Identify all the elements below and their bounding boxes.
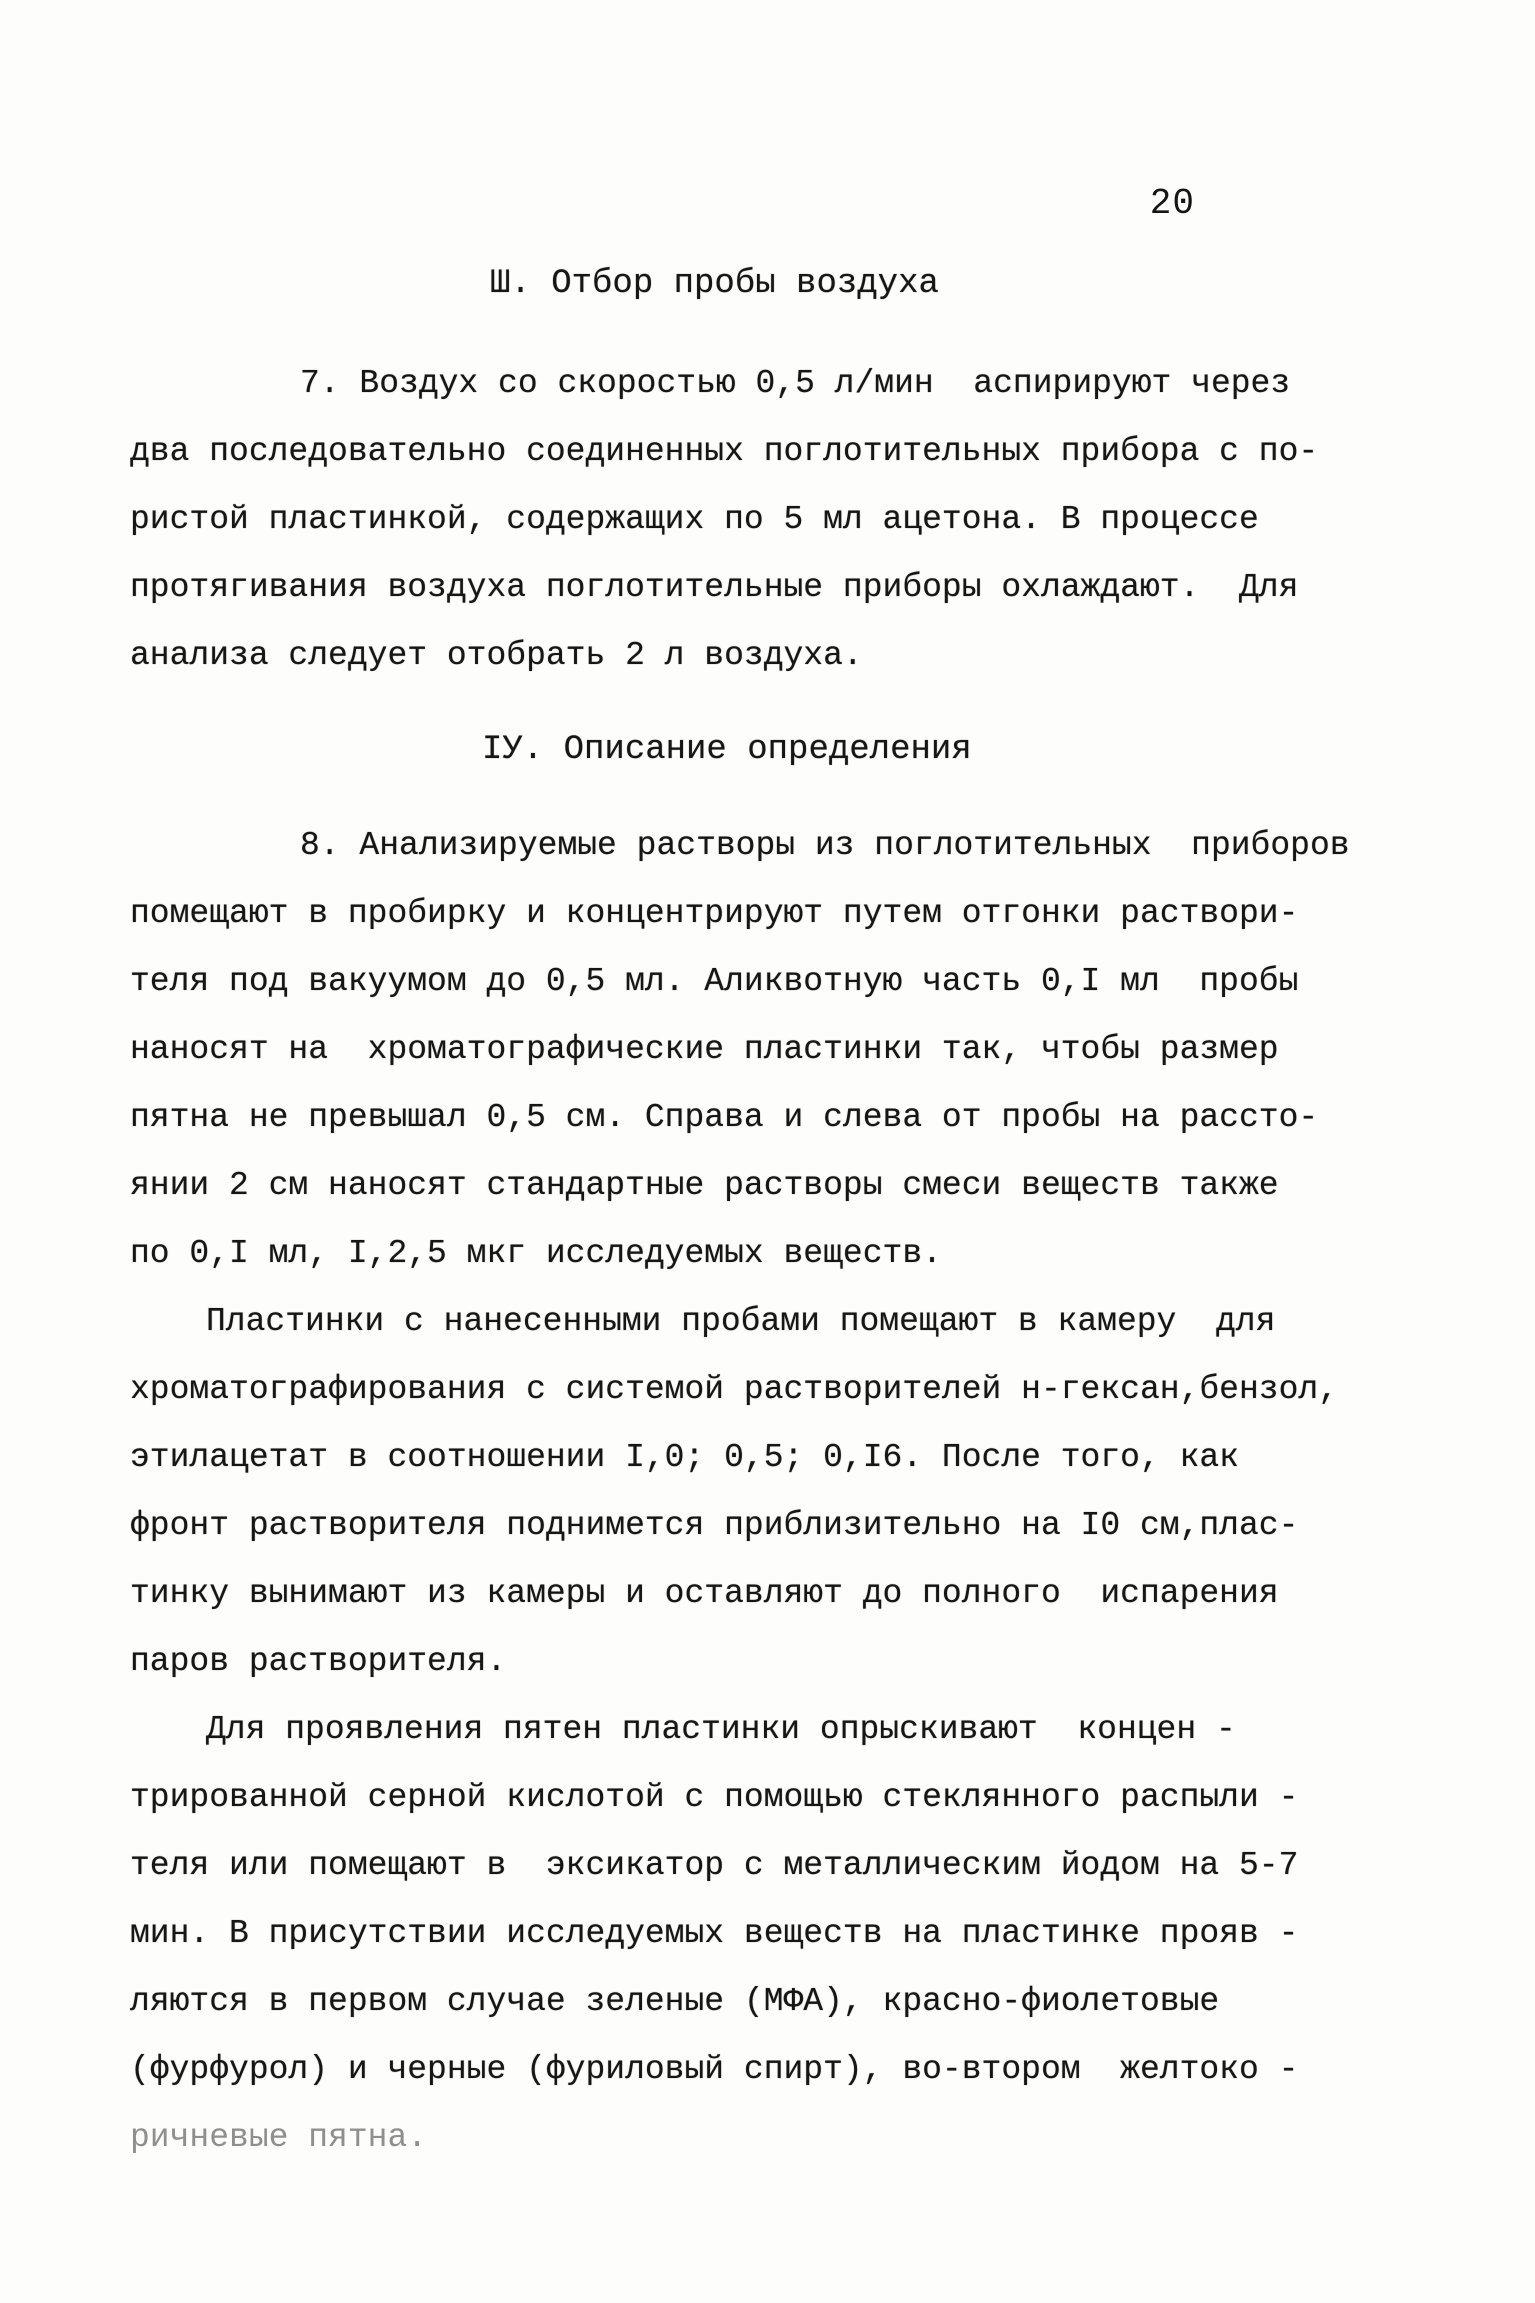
text-line: два последовательно соединенных поглотит… — [130, 418, 1425, 486]
text-line: этилацетат в соотношении I,0; 0,5; 0,I6.… — [130, 1424, 1425, 1492]
text-line: по 0,I мл, I,2,5 мкг исследуемых веществ… — [130, 1220, 1425, 1288]
text-line: (фурфурол) и черные (фуриловый спирт), в… — [130, 2036, 1425, 2104]
text-line: ляются в первом случае зеленые (МФА), кр… — [130, 1968, 1425, 2036]
section-heading-iii: Ш. Отбор пробы воздуха — [130, 260, 1425, 308]
text-line: протягивания воздуха поглотительные приб… — [130, 554, 1425, 622]
text-line-faded: ричневые пятна. — [130, 2104, 1425, 2172]
text-line: хроматографирования с системой растворит… — [130, 1356, 1425, 1424]
text-line: теля или помещают в эксикатор с металлич… — [130, 1832, 1425, 1900]
text-line: янии 2 см наносят стандартные растворы с… — [130, 1152, 1425, 1220]
text-line: паров растворителя. — [130, 1628, 1425, 1696]
section-heading-iv: IУ. Описание определения — [130, 726, 1425, 774]
scanned-document-page: 20 Ш. Отбор пробы воздуха 7. Воздух со с… — [0, 0, 1535, 2303]
text-line: трированной серной кислотой с помощью ст… — [130, 1764, 1425, 1832]
text-line: помещают в пробирку и концентрируют путе… — [130, 880, 1425, 948]
text-line: анализа следует отобрать 2 л воздуха. — [130, 622, 1425, 690]
text-line: Для проявления пятен пластинки опрыскива… — [130, 1696, 1425, 1764]
text-line: фронт растворителя поднимется приблизите… — [130, 1492, 1425, 1560]
text-line: теля под вакуумом до 0,5 мл. Аликвотную … — [130, 948, 1425, 1016]
text-line: Пластинки с нанесенными пробами помещают… — [130, 1288, 1425, 1356]
text-line: 8. Анализируемые растворы из поглотитель… — [130, 812, 1425, 880]
paragraph-8: 8. Анализируемые растворы из поглотитель… — [130, 812, 1425, 1288]
text-line: пятна не превышал 0,5 см. Справа и слева… — [130, 1084, 1425, 1152]
text-line: 7. Воздух со скоростью 0,5 л/мин аспирир… — [130, 350, 1425, 418]
text-line: мин. В присутствии исследуемых веществ н… — [130, 1900, 1425, 1968]
paragraph-7: 7. Воздух со скоростью 0,5 л/мин аспирир… — [130, 350, 1425, 690]
paragraph-8-plates: Пластинки с нанесенными пробами помещают… — [130, 1288, 1425, 1696]
page-content: 20 Ш. Отбор пробы воздуха 7. Воздух со с… — [0, 0, 1535, 2172]
paragraph-8-development: Для проявления пятен пластинки опрыскива… — [130, 1696, 1425, 2172]
text-line: наносят на хроматографические пластинки … — [130, 1016, 1425, 1084]
text-line: тинку вынимают из камеры и оставляют до … — [130, 1560, 1425, 1628]
text-line: ристой пластинкой, содержащих по 5 мл ац… — [130, 486, 1425, 554]
page-number: 20 — [130, 180, 1425, 228]
